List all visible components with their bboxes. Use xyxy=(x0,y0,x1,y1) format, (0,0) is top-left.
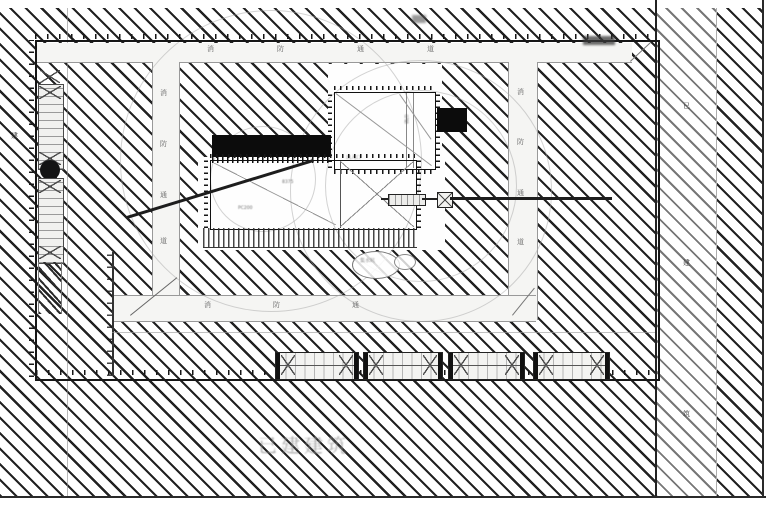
temp-building-4 xyxy=(533,352,610,380)
road-right-char-1: 消 xyxy=(517,89,524,96)
hatch-region-right-mid xyxy=(656,8,716,497)
right-margin-char-2: 建 xyxy=(683,260,690,267)
road-top-char-2: 防 xyxy=(277,46,284,53)
left-margin-char: 建 xyxy=(11,133,18,140)
lower-scaffold-top xyxy=(210,154,415,158)
sheet-border-right xyxy=(762,0,764,497)
road-bottom-char-2: 防 xyxy=(273,302,280,309)
crane2-mast xyxy=(437,192,453,208)
road-left-char-1: 消 xyxy=(160,90,167,97)
temp-building-1 xyxy=(275,352,359,380)
temp-building-3-cap-right xyxy=(520,353,524,379)
temp-building-1-cap-left xyxy=(276,353,280,379)
temp-building-4-midline xyxy=(538,365,605,366)
left-container-2-xend-bottom xyxy=(39,246,61,259)
road-right-char-3: 通 xyxy=(517,190,524,197)
left-container-top-mark xyxy=(40,70,60,83)
temp-building-2 xyxy=(363,352,443,380)
road-left-char-3: 通 xyxy=(160,192,167,199)
retaining-wall-band xyxy=(203,228,417,248)
sump-label: 集水坑 xyxy=(360,259,375,264)
left-stair-ladder xyxy=(38,262,62,314)
left-gate-blob xyxy=(40,160,60,180)
sheet-border-bottom xyxy=(0,496,766,498)
site-fence-ticks-top xyxy=(35,34,656,39)
service-line xyxy=(112,332,655,333)
road-bottom-char-3: 通 xyxy=(352,302,359,309)
gate-marker xyxy=(583,36,615,45)
crane2-jib xyxy=(450,197,612,200)
tower-scaffold-top xyxy=(334,86,434,90)
road-left-char-4: 道 xyxy=(160,238,167,245)
existing-building-label: 已建建筑 xyxy=(258,431,350,458)
north-smudge xyxy=(412,15,426,23)
right-margin-char-1: 已 xyxy=(683,103,690,110)
left-container-2-xend-top xyxy=(39,180,61,193)
construction-hoist xyxy=(437,108,467,132)
left-container-1-xend-top xyxy=(39,86,61,99)
site-fence-ticks-left xyxy=(29,40,34,377)
temp-building-3-midline xyxy=(453,365,520,366)
temp-building-2-cap-left xyxy=(364,353,368,379)
grid-line-right xyxy=(716,8,717,497)
road-right-char-4: 道 xyxy=(517,239,524,246)
temp-building-3 xyxy=(448,352,525,380)
road-right-char-2: 防 xyxy=(517,139,524,146)
temp-building-1-cap-right xyxy=(354,353,358,379)
crane2-counterweight xyxy=(388,194,426,206)
temp-building-4-cap-left xyxy=(534,353,538,379)
sump-ellipse xyxy=(352,251,400,279)
temp-building-2-midline xyxy=(368,365,438,366)
right-margin-char-3: 筑 xyxy=(683,411,690,418)
temp-building-1-midline xyxy=(280,365,354,366)
room-label-b: PC200 xyxy=(238,206,252,211)
room-label-a: 8375 xyxy=(282,180,293,185)
temp-building-2-cap-right xyxy=(438,353,442,379)
inner-fence-ticks xyxy=(107,252,112,376)
temp-building-4-cap-right xyxy=(605,353,609,379)
hatch-region-right-edge xyxy=(717,8,764,497)
road-left-char-2: 防 xyxy=(160,141,167,148)
temp-building-3-cap-left xyxy=(449,353,453,379)
crane2-tail-line xyxy=(381,198,389,200)
sump-ellipse-small xyxy=(394,254,416,270)
crane2-link-line xyxy=(422,198,438,200)
inner-fence-line xyxy=(112,252,114,376)
road-top-char-4: 道 xyxy=(427,46,434,53)
road-top-char-1: 消 xyxy=(207,46,214,53)
site-plan-drawing: 电梯 出入口 8375 PC200 集水坑 xyxy=(0,0,766,505)
road-bottom-char-1: 消 xyxy=(204,302,211,309)
road-top-char-3: 通 xyxy=(357,46,364,53)
tower-core-label: 电梯 xyxy=(403,114,408,124)
